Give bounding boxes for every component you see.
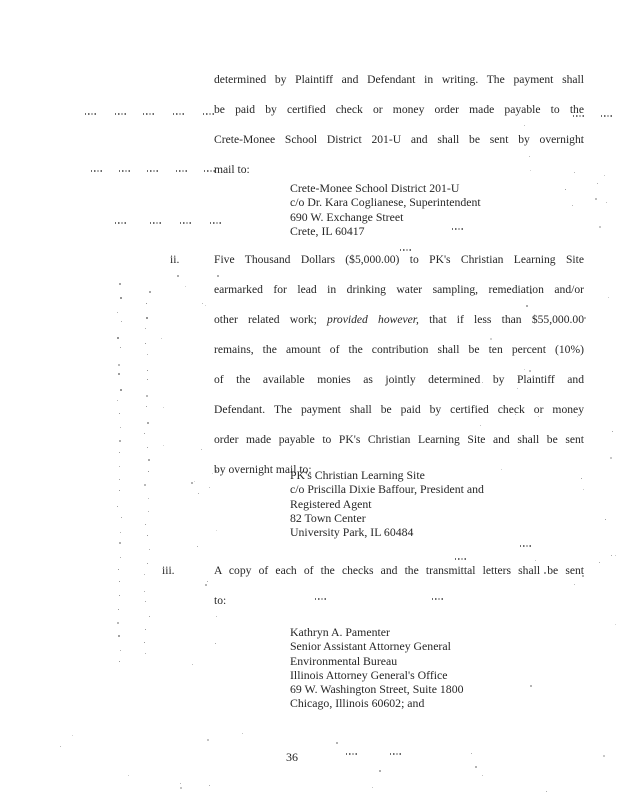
text-line: of the available monies as jointly deter…: [214, 372, 584, 402]
address-line: Illinois Attorney General's Office: [290, 668, 464, 682]
item-iii-numeral: iii.: [162, 563, 175, 578]
text-line: determined by Plaintiff and Defendant in…: [214, 72, 584, 102]
address-line: Chicago, Illinois 60602; and: [290, 696, 464, 710]
address-line: 690 W. Exchange Street: [290, 210, 481, 224]
text-line: to:: [214, 593, 584, 623]
address-line: 82 Town Center: [290, 511, 484, 525]
address-line: 69 W. Washington Street, Suite 1800: [290, 682, 464, 696]
text-segment-italic: provided however,: [327, 313, 419, 326]
address-line: c/o Priscilla Dixie Baffour, President a…: [290, 482, 484, 496]
address-line: University Park, IL 60484: [290, 525, 484, 539]
address-attorney-general: Kathryn A. Pamenter Senior Assistant Att…: [290, 625, 464, 711]
page-number: 36: [286, 750, 298, 765]
address-pk-learning-site: PK's Christian Learning Site c/o Priscil…: [290, 468, 484, 539]
text-line: A copy of each of the checks and the tra…: [214, 563, 584, 593]
address-line: c/o Dr. Kara Coglianese, Superintendent: [290, 195, 481, 209]
address-line: PK's Christian Learning Site: [290, 468, 484, 482]
item-ii-numeral: ii.: [170, 252, 179, 267]
address-line: Kathryn A. Pamenter: [290, 625, 464, 639]
paragraph-item-iii: A copy of each of the checks and the tra…: [214, 563, 584, 623]
text-line: other related work; provided however, th…: [214, 312, 584, 342]
text-segment: that if less than $55,000.00: [419, 313, 584, 326]
paragraph-item-ii: Five Thousand Dollars ($5,000.00) to PK'…: [214, 252, 584, 492]
text-line: Defendant. The payment shall be paid by …: [214, 402, 584, 432]
address-line: Senior Assistant Attorney General: [290, 639, 464, 653]
text-line: Crete-Monee School District 201-U and sh…: [214, 132, 584, 162]
document-page: determined by Plaintiff and Defendant in…: [0, 0, 618, 800]
address-line: Crete, IL 60417: [290, 224, 481, 238]
address-line: Environmental Bureau: [290, 654, 464, 668]
paragraph-intro: determined by Plaintiff and Defendant in…: [214, 72, 584, 192]
text-line: Five Thousand Dollars ($5,000.00) to PK'…: [214, 252, 584, 282]
address-line: Registered Agent: [290, 497, 484, 511]
text-segment: other related work;: [214, 313, 327, 326]
address-line: Crete-Monee School District 201-U: [290, 181, 481, 195]
text-line: be paid by certified check or money orde…: [214, 102, 584, 132]
text-line: remains, the amount of the contribution …: [214, 342, 584, 372]
text-line: order made payable to PK's Christian Lea…: [214, 432, 584, 462]
text-line: earmarked for lead in drinking water sam…: [214, 282, 584, 312]
